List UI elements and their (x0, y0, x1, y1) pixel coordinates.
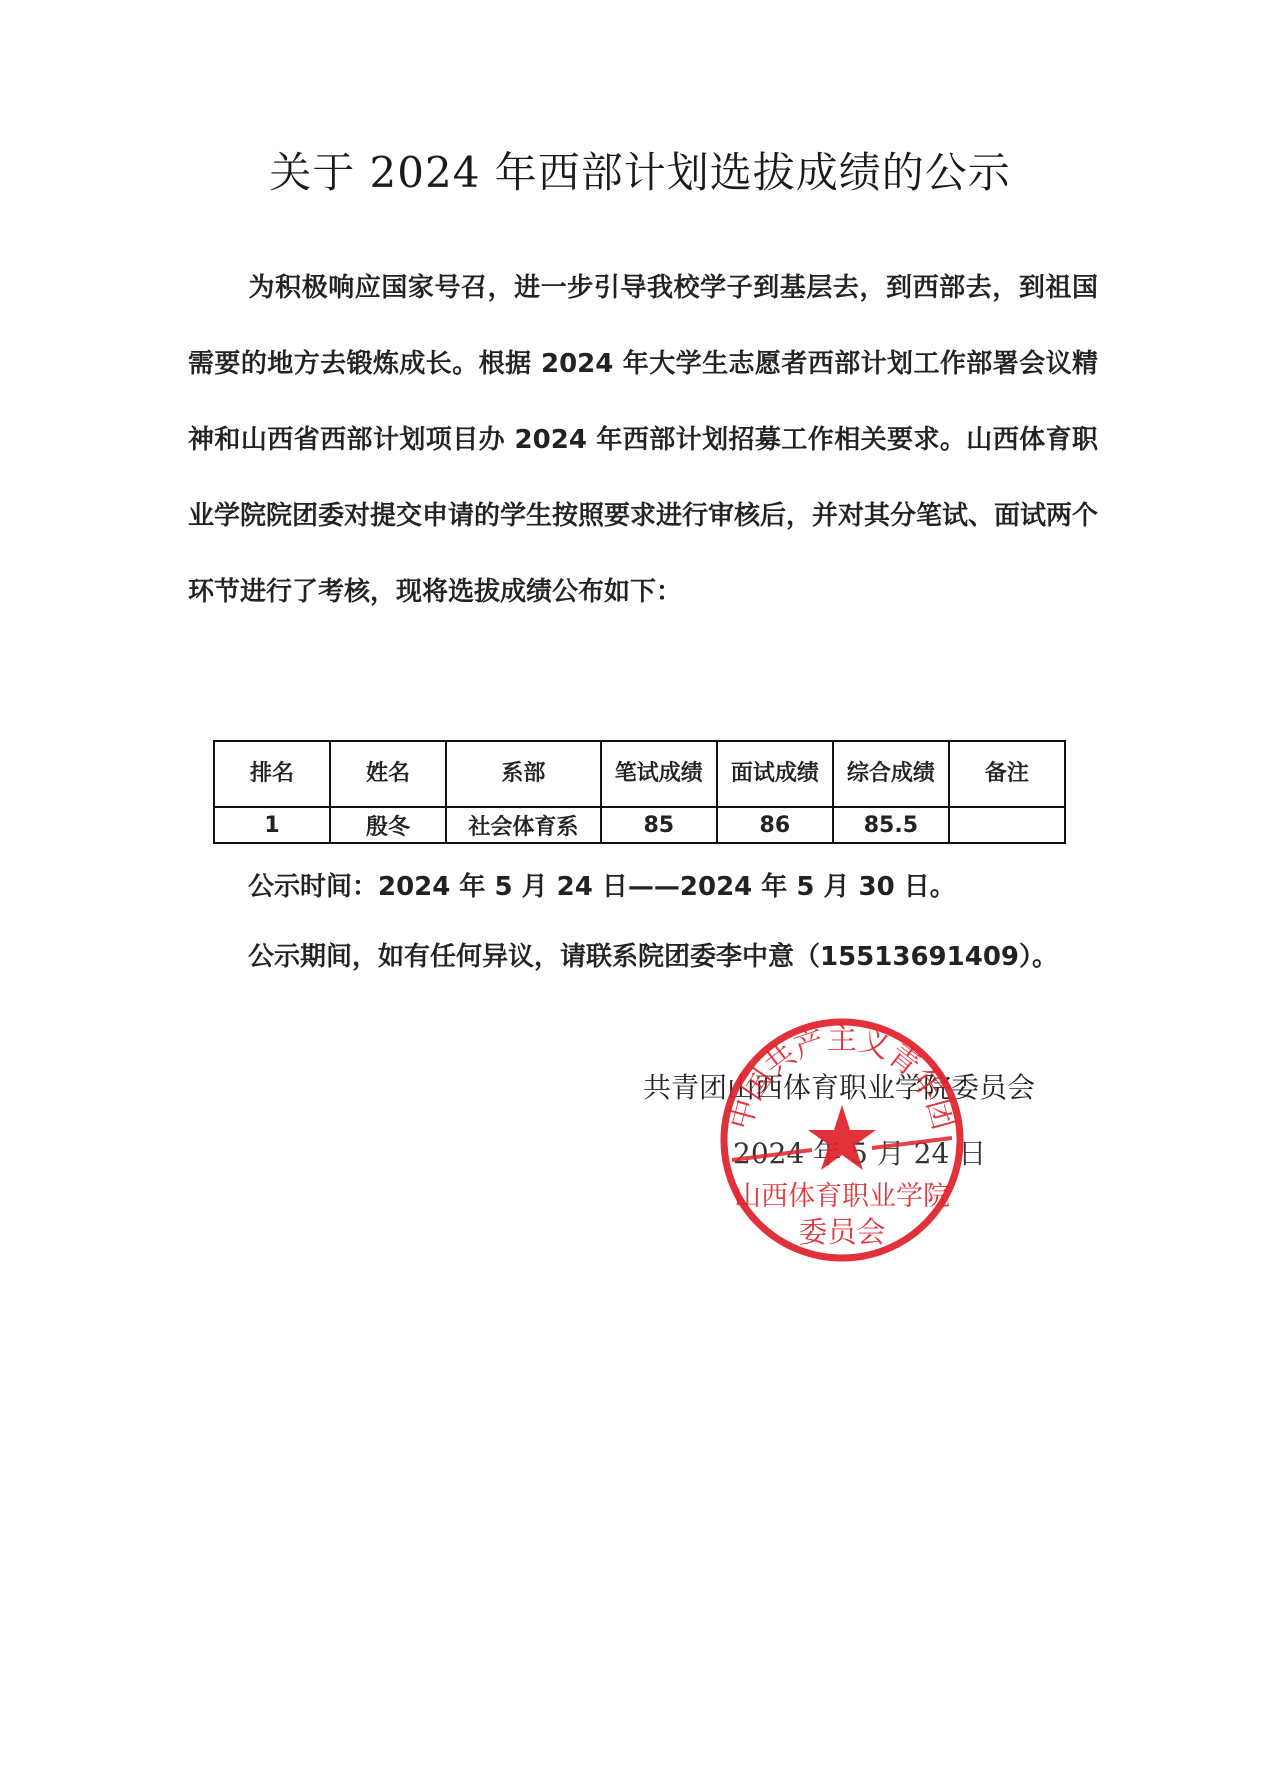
cell-overall-score: 85.5 (833, 807, 949, 843)
cell-department: 社会体育系 (446, 807, 601, 843)
cell-written-score: 85 (601, 807, 717, 843)
seal-bottom-text: 委员会 (798, 1215, 885, 1249)
table-row: 1 殷冬 社会体育系 85 86 85.5 (214, 807, 1065, 843)
header-name: 姓名 (330, 741, 446, 807)
table-header-row: 排名 姓名 系部 笔试成绩 面试成绩 综合成绩 备注 (214, 741, 1065, 807)
contact-line: 公示期间，如有任何异议，请联系院团委李中意（15513691409）。 (248, 936, 1058, 973)
seal-graphic: 中国共产主义青年团 山西体育职业学院 委员会 (712, 1010, 972, 1270)
document-title: 关于 2024 年西部计划选拔成绩的公示 (0, 140, 1280, 200)
star-icon (808, 1105, 876, 1170)
official-seal: 中国共产主义青年团 山西体育职业学院 委员会 (712, 1010, 972, 1270)
cell-name: 殷冬 (330, 807, 446, 843)
scores-table: 排名 姓名 系部 笔试成绩 面试成绩 综合成绩 备注 1 殷冬 社会体育系 85… (213, 740, 1066, 844)
notice-period: 公示时间：2024 年 5 月 24 日——2024 年 5 月 30 日。 (248, 866, 956, 903)
header-overall-score: 综合成绩 (833, 741, 949, 807)
seal-middle-text: 山西体育职业学院 (734, 1181, 950, 1212)
body-paragraph: 为积极响应国家号召，进一步引导我校学子到基层去，到西部去，到祖国需要的地方去锻炼… (188, 250, 1098, 630)
cell-remark (949, 807, 1065, 843)
header-rank: 排名 (214, 741, 330, 807)
body-text: 为积极响应国家号召，进一步引导我校学子到基层去，到西部去，到祖国需要的地方去锻炼… (188, 273, 1098, 607)
header-written-score: 笔试成绩 (601, 741, 717, 807)
header-interview-score: 面试成绩 (717, 741, 833, 807)
cell-interview-score: 86 (717, 807, 833, 843)
cell-rank: 1 (214, 807, 330, 843)
header-department: 系部 (446, 741, 601, 807)
header-remark: 备注 (949, 741, 1065, 807)
